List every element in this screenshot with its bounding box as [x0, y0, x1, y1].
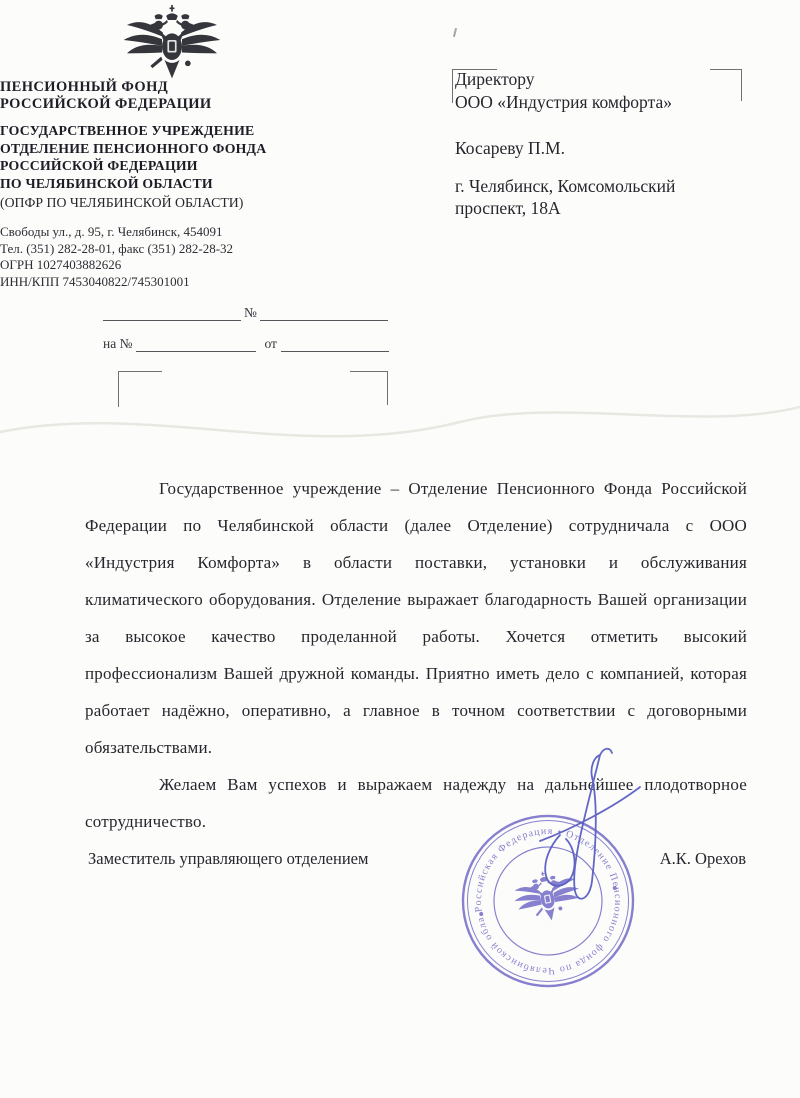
- org-address-line: ИНН/КПП 7453040822/745301001: [0, 274, 800, 291]
- signer-title: Заместитель управляющего отделением: [88, 849, 368, 869]
- incoming-number-label: на №: [103, 336, 132, 352]
- corner-mark-field-left: [118, 371, 162, 407]
- scanned-letter-page: ПЕНСИОННЫЙ ФОНД РОССИЙСКОЙ ФЕДЕРАЦИИ ГОС…: [0, 0, 800, 1098]
- addressee-role: Директору: [455, 68, 745, 91]
- outgoing-number-line: №: [103, 305, 388, 321]
- addressee-person: Косареву П.М.: [455, 137, 745, 160]
- corner-mark-field-right: [350, 371, 388, 405]
- incoming-number-blank: [136, 337, 256, 352]
- incoming-date-label: от: [256, 336, 280, 352]
- outgoing-number-blank: [260, 306, 388, 321]
- org-address-line: ОГРН 1027403882626: [0, 257, 800, 274]
- outgoing-number-label: №: [241, 305, 260, 321]
- scan-speck: [453, 28, 457, 37]
- addressee-block: Директору ООО «Индустрия комфорта» Косар…: [455, 68, 745, 220]
- org-address: Свободы ул., д. 95, г. Челябинск, 454091…: [0, 224, 800, 290]
- addressee-address-line: г. Челябинск, Комсомольский: [455, 175, 745, 198]
- outgoing-date-blank: [103, 306, 241, 321]
- addressee-company: ООО «Индустрия комфорта»: [455, 91, 745, 114]
- addressee-address-line: проспект, 18А: [455, 197, 745, 220]
- body-paragraph-1: Государственное учреждение – Отделение П…: [85, 470, 747, 766]
- incoming-reference-line: на №от: [103, 336, 389, 352]
- org-address-line: Свободы ул., д. 95, г. Челябинск, 454091: [0, 224, 800, 241]
- org-address-line: Тел. (351) 282-28-01, факс (351) 282-28-…: [0, 241, 800, 258]
- handwritten-signature: [520, 743, 685, 938]
- coat-of-arms-icon: [122, 5, 222, 85]
- incoming-date-blank: [281, 337, 389, 352]
